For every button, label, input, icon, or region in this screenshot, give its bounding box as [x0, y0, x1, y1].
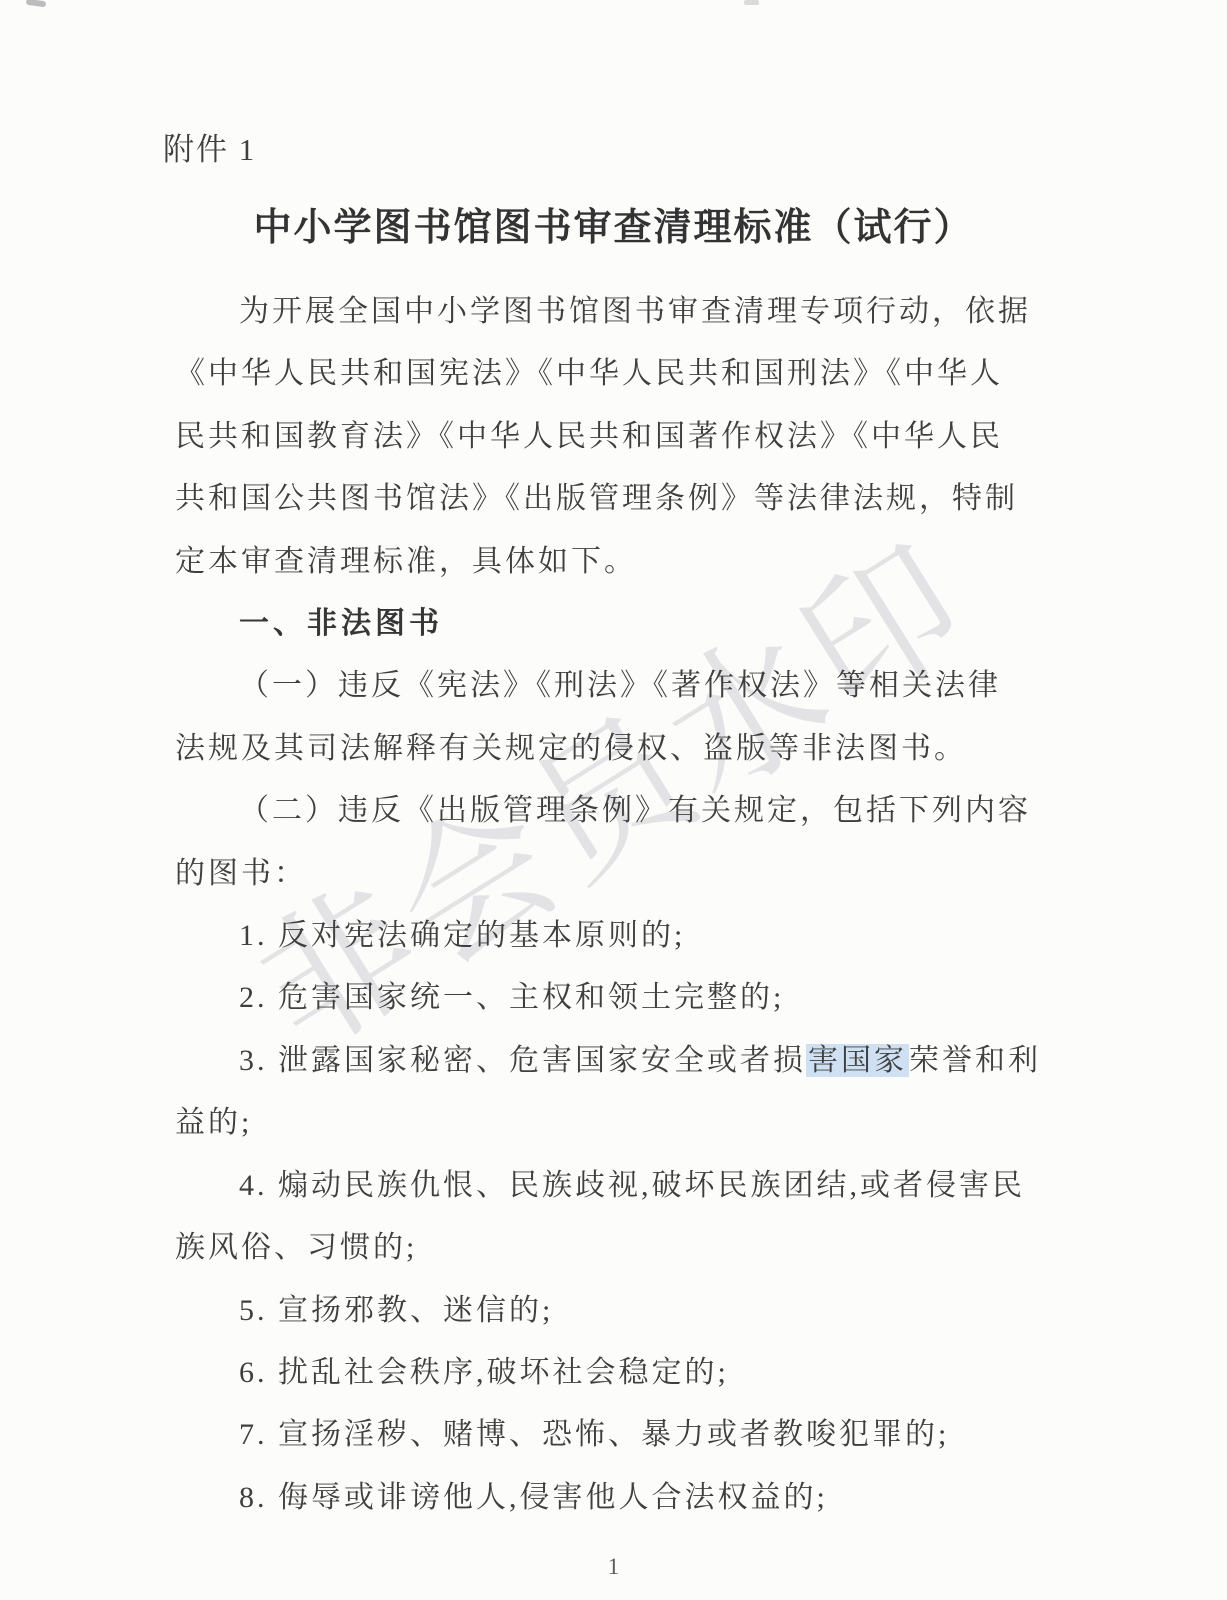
paragraph-line: 《中华人民共和国宪法》《中华人民共和国刑法》《中华人 [175, 343, 1055, 405]
attachment-label: 附件 1 [163, 124, 256, 169]
list-item: 8. 侮辱或诽谤他人,侵害他人合法权益的; [175, 1467, 1055, 1529]
list-item: 7. 宣扬淫秽、赌博、恐怖、暴力或者教唆犯罪的; [175, 1404, 1055, 1466]
paragraph-line: 法规及其司法解释有关规定的侵权、盗版等非法图书。 [175, 718, 1055, 780]
paragraph-line: 益的; [175, 1092, 1055, 1154]
list-item-text: 荣誉和利 [909, 1044, 1041, 1077]
paragraph-line: （一）违反《宪法》《刑法》《著作权法》等相关法律 [175, 655, 1055, 717]
paragraph-line: 为开展全国中小学图书馆图书审查清理专项行动，依据 [175, 281, 1055, 343]
paragraph-line: （二）违反《出版管理条例》有关规定，包括下列内容 [175, 780, 1055, 842]
paragraph-line: 共和国公共图书馆法》《出版管理条例》等法律法规，特制 [175, 468, 1055, 530]
paragraph-line: 定本审查清理标准，具体如下。 [175, 531, 1055, 593]
list-item-text: 3. 泄露国家秘密、危害国家安全或者损 [239, 1044, 806, 1077]
section-heading: 一、非法图书 [175, 593, 1055, 655]
list-item: 1. 反对宪法确定的基本原则的; [175, 905, 1055, 967]
scan-artifact [744, 0, 759, 5]
list-item: 2. 危害国家统一、主权和领土完整的; [175, 967, 1055, 1029]
list-item: 6. 扰乱社会秩序,破坏社会稳定的; [175, 1342, 1055, 1404]
document-page: 非会员水印 附件 1 中小学图书馆图书审查清理标准（试行） 为开展全国中小学图书… [0, 0, 1227, 1600]
list-item: 5. 宣扬邪教、迷信的; [175, 1280, 1055, 1342]
paragraph-line: 的图书： [175, 843, 1055, 905]
scan-artifact [26, 0, 47, 7]
list-item: 3. 泄露国家秘密、危害国家安全或者损害国家荣誉和利 [175, 1030, 1055, 1092]
paragraph-line: 民共和国教育法》《中华人民共和国著作权法》《中华人民 [175, 406, 1055, 468]
paragraph-line: 族风俗、习惯的; [175, 1217, 1055, 1279]
highlighted-text: 害国家 [806, 1044, 909, 1077]
document-title: 中小学图书馆图书审查清理标准（试行） [0, 196, 1227, 251]
list-item: 4. 煽动民族仇恨、民族歧视,破坏民族团结,或者侵害民 [175, 1155, 1055, 1217]
page-number: 1 [0, 1554, 1227, 1580]
document-body: 为开展全国中小学图书馆图书审查清理专项行动，依据 《中华人民共和国宪法》《中华人… [175, 281, 1055, 1529]
